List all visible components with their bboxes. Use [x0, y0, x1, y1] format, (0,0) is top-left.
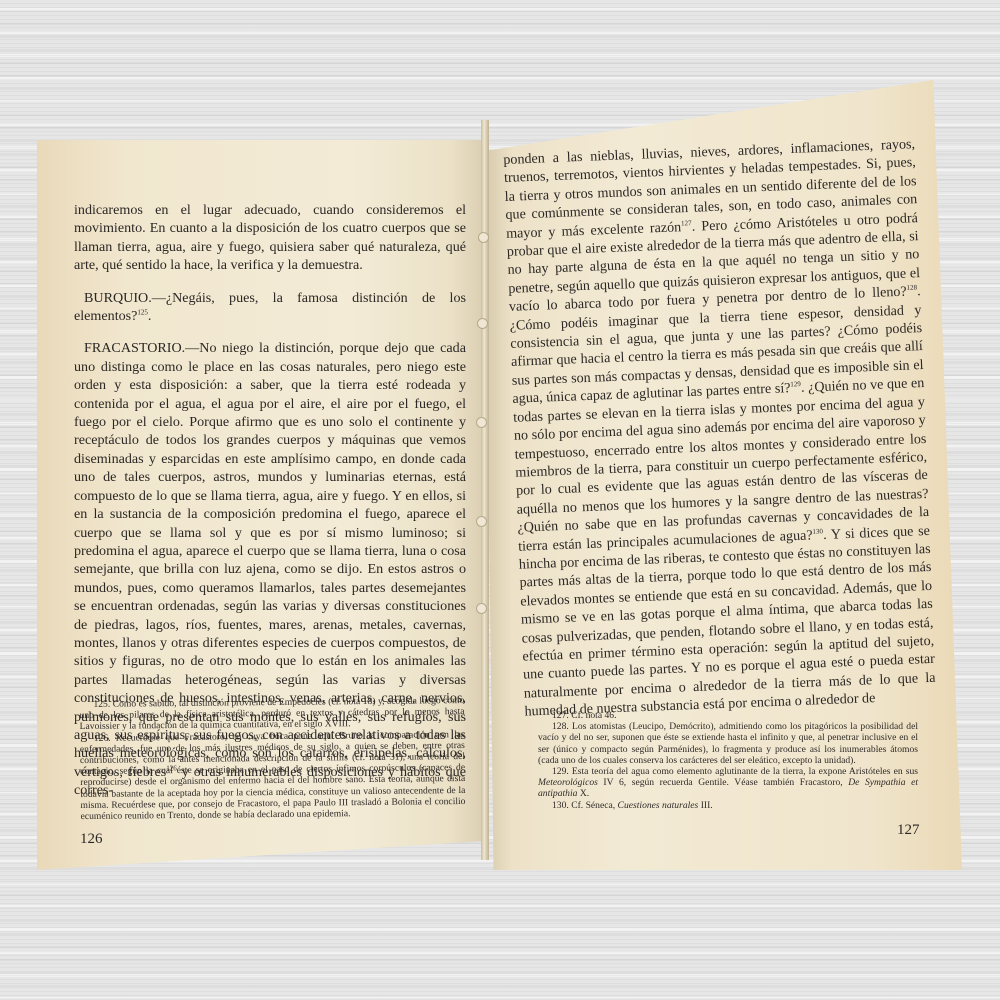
footnote: 128. Los atomistas (Leucipo, Demócrito),…: [538, 721, 918, 766]
open-book: indicaremos en el lugar adecuado, cuando…: [0, 0, 1000, 1000]
binding-stitch: [477, 318, 488, 329]
right-page-body: ponden a las nieblas, lluvias, nieves, a…: [503, 135, 937, 735]
page-number-right: 127: [897, 822, 920, 839]
footnote: 129. Esta teoría del agua como elemento …: [538, 766, 918, 800]
book-title: Meteorológicos: [538, 777, 598, 788]
speaker-label: BURQUIO.—: [84, 290, 166, 306]
paragraph: BURQUIO.—¿Negáis, pues, la famosa distin…: [74, 289, 466, 326]
footnote: 130. Cf. Séneca, Cuestiones naturales II…: [538, 800, 918, 811]
footnote-ref: 125: [137, 308, 148, 316]
footnote-ref: 127: [681, 219, 692, 227]
footnote: 126. Recuérdese que Fracastoro, en cuya …: [80, 729, 466, 823]
binding-stitch: [476, 516, 487, 527]
page-number-left: 126: [80, 831, 103, 848]
binding-stitch: [478, 232, 489, 243]
speaker-label: FRACASTORIO.—: [84, 340, 199, 356]
book-title: Cuestiones naturales: [618, 800, 699, 811]
binding-stitch: [476, 603, 487, 614]
footnote-ref: 129: [790, 380, 801, 388]
paragraph: indicaremos en el lugar adecuado, cuando…: [74, 201, 466, 275]
right-footnotes: 127. Cf. nota 46. 128. Los atomistas (Le…: [538, 710, 918, 811]
paragraph: ponden a las nieblas, lluvias, nieves, a…: [503, 135, 937, 721]
left-footnotes: 125. Como es sabido, tal distinción prov…: [79, 695, 465, 822]
footnote: 125. Como es sabido, tal distinción prov…: [79, 695, 464, 733]
footnote-ref: 130: [812, 527, 823, 535]
book-spine-gutter: [481, 120, 489, 860]
footnote: 127. Cf. nota 46.: [538, 710, 918, 721]
binding-stitch: [476, 417, 487, 428]
